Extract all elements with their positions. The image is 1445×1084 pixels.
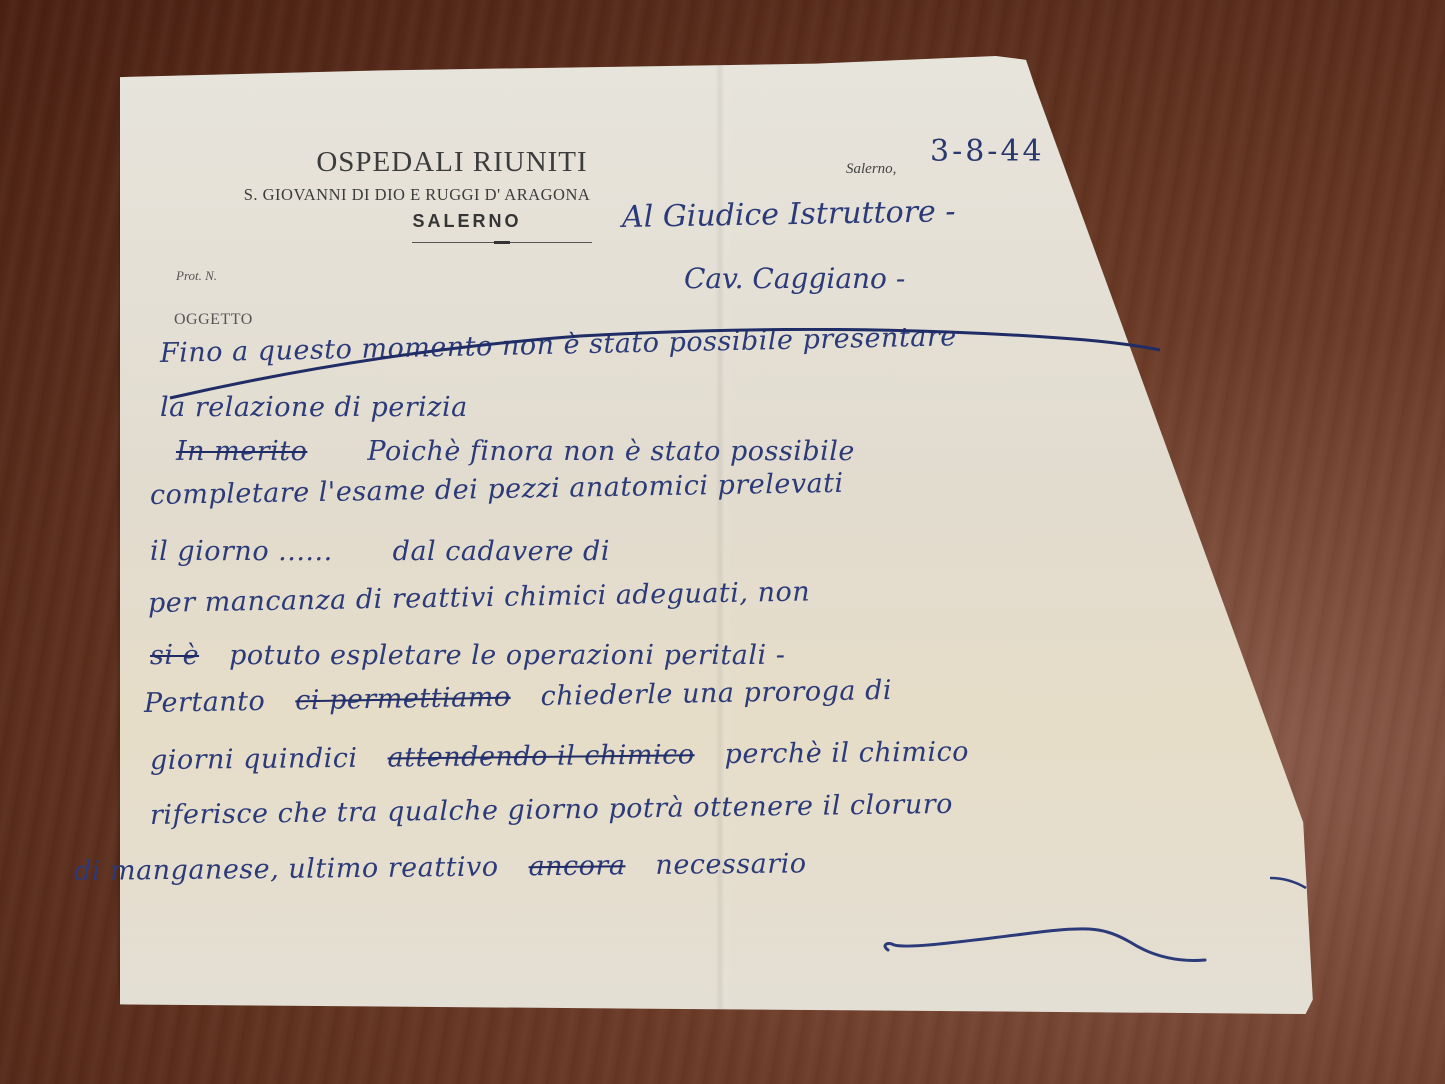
handwritten-line-5: il giorno ......dal cadavere di bbox=[150, 536, 610, 567]
signature-flourish bbox=[880, 920, 1210, 980]
struck-text: si è bbox=[150, 640, 199, 671]
handwritten-line-7: si èpotuto espletare le operazioni perit… bbox=[150, 640, 785, 671]
handwritten-line-3: In meritoPoichè finora non è stato possi… bbox=[176, 436, 855, 467]
letter-date: 3-8-44 bbox=[930, 134, 1045, 169]
handwritten-line-2: la relazione di perizia bbox=[160, 392, 468, 423]
struck-text: ancora bbox=[528, 850, 625, 882]
letterhead-subtitle: S. GIOVANNI DI DIO E RUGGI D' ARAGONA bbox=[152, 185, 682, 205]
struck-text: attendendo il chimico bbox=[387, 739, 694, 773]
protocol-label: Prot. N. bbox=[176, 268, 217, 284]
recipient-line-2: Cav. Caggiano - bbox=[684, 262, 905, 295]
letterhead-city: SALERNO bbox=[252, 211, 682, 232]
closing-dash bbox=[1268, 872, 1308, 892]
place-label: Salerno, bbox=[846, 161, 896, 178]
recipient-line-1: Al Giudice Istruttore - bbox=[622, 194, 956, 235]
letterhead-title: OSPEDALI RIUNITI bbox=[222, 146, 682, 179]
subject-label: OGGETTO bbox=[174, 311, 253, 329]
struck-text: ci permettiamo bbox=[295, 682, 511, 717]
letterhead-divider bbox=[412, 242, 592, 243]
letterhead: OSPEDALI RIUNITI S. GIOVANNI DI DIO E RU… bbox=[262, 146, 682, 243]
struck-text: In merito bbox=[176, 436, 307, 467]
